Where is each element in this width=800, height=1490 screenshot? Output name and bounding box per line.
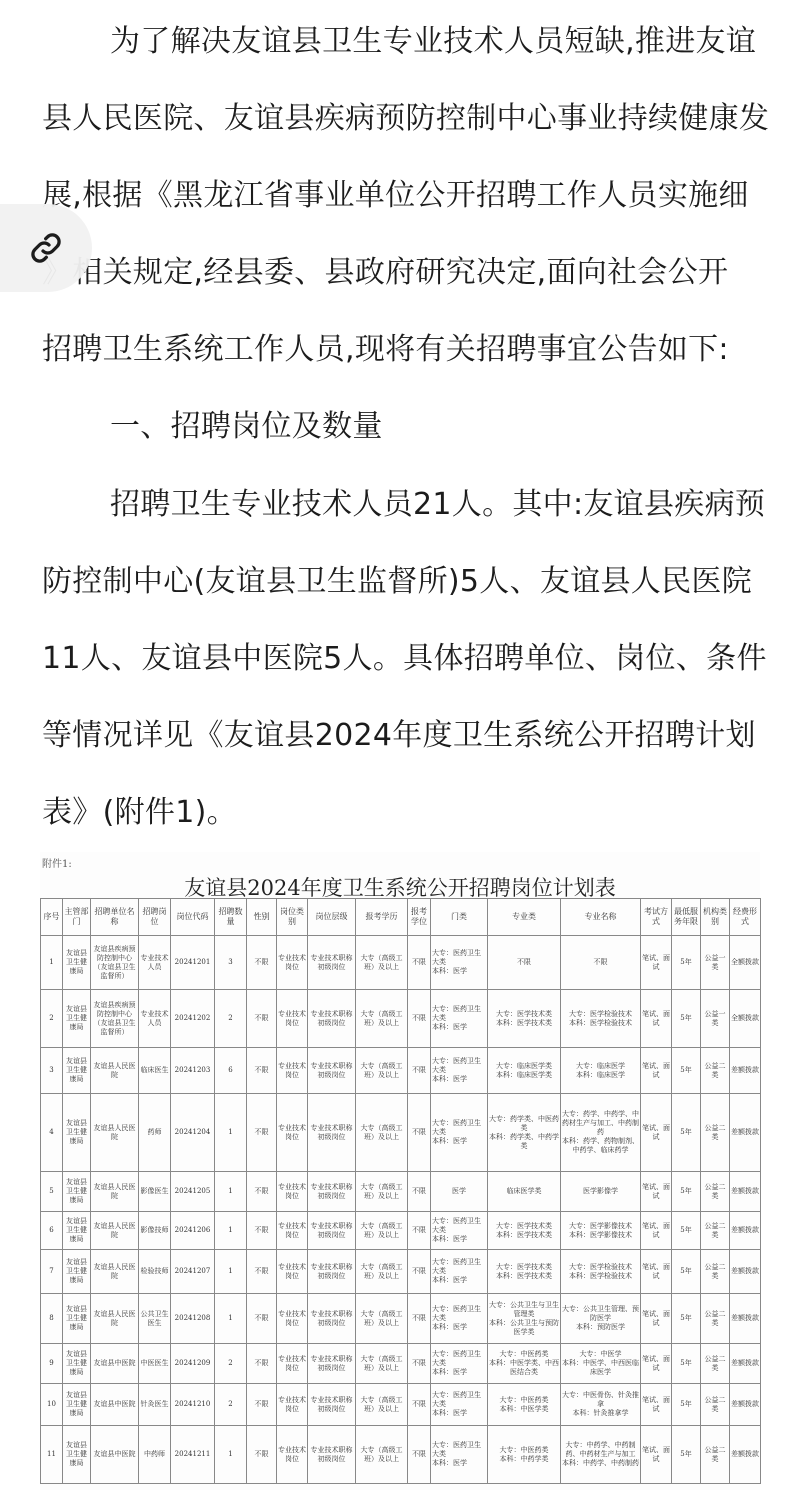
table-cell: 专业技术职称初级岗位	[308, 1384, 356, 1426]
table-cell: 2	[215, 990, 247, 1048]
table-cell: 大专：医药卫生大类 本科：医学	[431, 1250, 488, 1294]
table-cell: 大专：中医药类 本科：中医学类、中西医结合类	[488, 1344, 561, 1384]
column-header: 招聘岗位	[139, 899, 171, 936]
table-cell: 大专：药学类、中医药类 本科：药学类、中药学类	[488, 1094, 561, 1172]
table-cell: 5年	[672, 990, 701, 1048]
table-cell: 友谊县疾病预防控制中心（友谊县卫生监督所）	[91, 990, 139, 1048]
table-cell: 专业技术岗位	[277, 1344, 308, 1384]
table-cell: 差额拨款	[730, 1048, 761, 1094]
table-cell: 大专：中医药类 本科：中医学类	[488, 1384, 561, 1426]
column-header: 专业类	[488, 899, 561, 936]
table-cell: 大专：医学检验技术 本科：医学检验技术	[561, 990, 641, 1048]
column-header: 岗位类别	[277, 899, 308, 936]
table-cell: 不限	[408, 1344, 431, 1384]
table-row: 11友谊县卫生健康局友谊县中医院中药师202412111不限专业技术岗位专业技术…	[41, 1426, 761, 1484]
table-cell: 20241208	[171, 1294, 215, 1344]
table-cell: 大专：医药卫生大类 本科：医学	[431, 1212, 488, 1250]
table-cell: 友谊县卫生健康局	[63, 1048, 91, 1094]
table-cell: 专业技术职称初级岗位	[308, 1212, 356, 1250]
table-cell: 5年	[672, 1172, 701, 1212]
table-cell: 1	[215, 1426, 247, 1484]
table-cell: 3	[41, 1048, 63, 1094]
table-cell: 临床医学类	[488, 1172, 561, 1212]
table-cell: 专业技术人员	[139, 936, 171, 990]
column-header: 招聘数量	[215, 899, 247, 936]
table-cell: 公益二类	[701, 1048, 730, 1094]
table-cell: 大专：医学技术类 本科：医学技术类	[488, 990, 561, 1048]
table-cell: 大专：中药学、中药制药、中药材生产与加工 本科：中药学、中药制药	[561, 1426, 641, 1484]
table-cell: 不限	[247, 1172, 277, 1212]
table-cell: 专业技术岗位	[277, 1384, 308, 1426]
table-cell: 不限	[408, 1048, 431, 1094]
table-cell: 专业技术岗位	[277, 1426, 308, 1484]
table-cell: 5年	[672, 1048, 701, 1094]
table-cell: 1	[215, 1294, 247, 1344]
table-cell: 5	[41, 1172, 63, 1212]
table-cell: 不限	[408, 936, 431, 990]
table-header-row: 序号主管部门招聘单位名称招聘岗位岗位代码招聘数量性别岗位类别岗位层级报考学历报考…	[41, 899, 761, 936]
table-cell: 医学影像学	[561, 1172, 641, 1212]
table-cell: 不限	[247, 1426, 277, 1484]
table-cell: 笔试、面试	[641, 1172, 672, 1212]
recruitment-plan-table: 序号主管部门招聘单位名称招聘岗位岗位代码招聘数量性别岗位类别岗位层级报考学历报考…	[40, 898, 761, 1484]
table-cell: 10	[41, 1384, 63, 1426]
table-cell: 友谊县卫生健康局	[63, 1212, 91, 1250]
paragraph-line: 展,根据《黑龙江省事业单位公开招聘工作人员实施细	[42, 176, 749, 216]
table-cell: 公益二类	[701, 1094, 730, 1172]
table-cell: 2	[215, 1384, 247, 1426]
table-cell: 20241201	[171, 936, 215, 990]
table-cell: 1	[215, 1212, 247, 1250]
table-cell: 1	[215, 1172, 247, 1212]
table-cell: 公益一类	[701, 936, 730, 990]
table-cell: 不限	[488, 936, 561, 990]
table-cell: 8	[41, 1294, 63, 1344]
table-cell: 大专（高级工班）及以上	[356, 1384, 408, 1426]
table-cell: 友谊县人民医院	[91, 1250, 139, 1294]
column-header: 考试方式	[641, 899, 672, 936]
table-row: 7友谊县卫生健康局友谊县人民医院检验技师202412071不限专业技术岗位专业技…	[41, 1250, 761, 1294]
table-cell: 大专（高级工班）及以上	[356, 1212, 408, 1250]
table-cell: 大专：公共卫生与卫生管理类 本科：公共卫生与预防医学类	[488, 1294, 561, 1344]
table-cell: 不限	[408, 1212, 431, 1250]
table-cell: 专业技术人员	[139, 990, 171, 1048]
table-cell: 笔试、面试	[641, 1344, 672, 1384]
table-cell: 专业技术职称初级岗位	[308, 936, 356, 990]
table-cell: 大专：医学技术类 本科：医学技术类	[488, 1212, 561, 1250]
table-cell: 专业技术岗位	[277, 1250, 308, 1294]
column-header: 专业名称	[561, 899, 641, 936]
table-cell: 3	[215, 936, 247, 990]
table-cell: 专业技术职称初级岗位	[308, 990, 356, 1048]
table-cell: 大专：医药卫生大类 本科：医学	[431, 1384, 488, 1426]
table-cell: 差额拨款	[730, 1426, 761, 1484]
paragraph-line: 防控制中心(友谊县卫生监督所)5人、友谊县人民医院	[42, 562, 752, 602]
table-cell: 公益一类	[701, 990, 730, 1048]
table-cell: 专业技术职称初级岗位	[308, 1048, 356, 1094]
table-cell: 2	[215, 1344, 247, 1384]
table-cell: 大专：临床医学类 本科：临床医学类	[488, 1048, 561, 1094]
table-cell: 5年	[672, 1344, 701, 1384]
paragraph-line: 》相关规定,经县委、县政府研究决定,面向社会公开	[42, 253, 728, 293]
table-cell: 笔试、面试	[641, 1426, 672, 1484]
table-cell: 友谊县卫生健康局	[63, 1172, 91, 1212]
table-cell: 公益二类	[701, 1426, 730, 1484]
table-cell: 1	[215, 1250, 247, 1294]
table-cell: 不限	[408, 1094, 431, 1172]
table-cell: 笔试、面试	[641, 1384, 672, 1426]
table-cell: 专业技术岗位	[277, 936, 308, 990]
paragraph-line: 为了解决友谊县卫生专业技术人员短缺,推进友谊	[110, 22, 756, 62]
table-cell: 大专：医药卫生大类 本科：医学	[431, 1344, 488, 1384]
table-cell: 影像技师	[139, 1212, 171, 1250]
table-cell: 医学	[431, 1172, 488, 1212]
table-cell: 5年	[672, 936, 701, 990]
table-cell: 友谊县卫生健康局	[63, 990, 91, 1048]
table-cell: 大专（高级工班）及以上	[356, 990, 408, 1048]
table-row: 9友谊县卫生健康局友谊县中医院中医医生202412092不限专业技术岗位专业技术…	[41, 1344, 761, 1384]
table-cell: 5年	[672, 1384, 701, 1426]
table-cell: 专业技术岗位	[277, 1048, 308, 1094]
table-cell: 大专：中医学 本科：中医学、中西医临床医学	[561, 1344, 641, 1384]
table-cell: 友谊县卫生健康局	[63, 1344, 91, 1384]
table-cell: 大专：公共卫生管理、预防医学 本科：预防医学	[561, 1294, 641, 1344]
table-cell: 笔试、面试	[641, 1094, 672, 1172]
table-cell: 友谊县卫生健康局	[63, 1250, 91, 1294]
table-cell: 药师	[139, 1094, 171, 1172]
table-cell: 专业技术职称初级岗位	[308, 1250, 356, 1294]
table-cell: 5年	[672, 1094, 701, 1172]
table-cell: 大专：医学检验技术 本科：医学检验技术	[561, 1250, 641, 1294]
table-cell: 不限	[408, 1172, 431, 1212]
table-cell: 大专：医学影像技术 本科：医学影像技术	[561, 1212, 641, 1250]
paragraph-line: 等情况详见《友谊县2024年度卫生系统公开招聘计划	[42, 716, 756, 756]
table-cell: 友谊县中医院	[91, 1384, 139, 1426]
table-cell: 友谊县人民医院	[91, 1212, 139, 1250]
table-cell: 大专：医学技术类 本科：医学技术类	[488, 1250, 561, 1294]
table-cell: 友谊县卫生健康局	[63, 1384, 91, 1426]
table-cell: 公益二类	[701, 1294, 730, 1344]
column-header: 岗位层级	[308, 899, 356, 936]
table-cell: 不限	[408, 1426, 431, 1484]
table-cell: 1	[41, 936, 63, 990]
table-cell: 不限	[247, 1344, 277, 1384]
table-row: 1友谊县卫生健康局友谊县疾病预防控制中心（友谊县卫生监督所）专业技术人员2024…	[41, 936, 761, 990]
column-header: 性别	[247, 899, 277, 936]
table-cell: 大专：药学、中药学、中药材生产与加工、中药制药 本科：药学、药物制剂、中药学、临…	[561, 1094, 641, 1172]
table-cell: 差额拨款	[730, 1212, 761, 1250]
column-header: 门类	[431, 899, 488, 936]
table-cell: 专业技术职称初级岗位	[308, 1426, 356, 1484]
table-cell: 专业技术岗位	[277, 1094, 308, 1172]
table-cell: 大专：医药卫生大类 本科：医学	[431, 936, 488, 990]
table-cell: 11	[41, 1426, 63, 1484]
table-cell: 5年	[672, 1250, 701, 1294]
table-cell: 大专（高级工班）及以上	[356, 1094, 408, 1172]
table-cell: 专业技术职称初级岗位	[308, 1094, 356, 1172]
table-cell: 大专（高级工班）及以上	[356, 1426, 408, 1484]
table-cell: 大专：中医药类 本科：中药学类	[488, 1426, 561, 1484]
table-cell: 大专（高级工班）及以上	[356, 1294, 408, 1344]
table-cell: 友谊县卫生健康局	[63, 1426, 91, 1484]
table-cell: 大专（高级工班）及以上	[356, 936, 408, 990]
table-row: 3友谊县卫生健康局友谊县人民医院临床医生202412036不限专业技术岗位专业技…	[41, 1048, 761, 1094]
table-cell: 检验技师	[139, 1250, 171, 1294]
link-icon	[28, 230, 64, 266]
table-cell: 20241207	[171, 1250, 215, 1294]
table-cell: 大专（高级工班）及以上	[356, 1048, 408, 1094]
table-cell: 大专：医药卫生大类 本科：医学	[431, 990, 488, 1048]
table-cell: 公共卫生医生	[139, 1294, 171, 1344]
table-row: 2友谊县卫生健康局友谊县疾病预防控制中心（友谊县卫生监督所）专业技术人员2024…	[41, 990, 761, 1048]
table-cell: 友谊县人民医院	[91, 1172, 139, 1212]
table-cell: 2	[41, 990, 63, 1048]
table-cell: 友谊县人民医院	[91, 1294, 139, 1344]
table-cell: 20241205	[171, 1172, 215, 1212]
table-cell: 不限	[247, 990, 277, 1048]
table-cell: 6	[41, 1212, 63, 1250]
column-header: 报考学位	[408, 899, 431, 936]
table-cell: 大专：临床医学 本科：临床医学	[561, 1048, 641, 1094]
table-cell: 20241211	[171, 1426, 215, 1484]
column-header: 序号	[41, 899, 63, 936]
attachment-label: 附件1:	[42, 855, 72, 870]
table-row: 5友谊县卫生健康局友谊县人民医院影像医生202412051不限专业技术岗位专业技…	[41, 1172, 761, 1212]
table-cell: 大专（高级工班）及以上	[356, 1344, 408, 1384]
table-cell: 大专（高级工班）及以上	[356, 1172, 408, 1212]
table-cell: 7	[41, 1250, 63, 1294]
table-cell: 友谊县人民医院	[91, 1094, 139, 1172]
paragraph-line: 招聘卫生专业技术人员21人。其中:友谊县疾病预	[110, 485, 765, 525]
table-cell: 笔试、面试	[641, 1250, 672, 1294]
column-header: 最低服务年限	[672, 899, 701, 936]
paragraph-line: 一、招聘岗位及数量	[110, 407, 383, 447]
table-cell: 专业技术岗位	[277, 990, 308, 1048]
table-cell: 不限	[247, 1212, 277, 1250]
column-header: 报考学历	[356, 899, 408, 936]
table-cell: 20241203	[171, 1048, 215, 1094]
table-cell: 笔试、面试	[641, 936, 672, 990]
column-header: 岗位代码	[171, 899, 215, 936]
table-cell: 笔试、面试	[641, 990, 672, 1048]
table-cell: 不限	[408, 1384, 431, 1426]
table-cell: 专业技术职称初级岗位	[308, 1344, 356, 1384]
table-cell: 6	[215, 1048, 247, 1094]
table-row: 6友谊县卫生健康局友谊县人民医院影像技师202412061不限专业技术岗位专业技…	[41, 1212, 761, 1250]
table-cell: 差额拨款	[730, 1294, 761, 1344]
table-cell: 专业技术职称初级岗位	[308, 1294, 356, 1344]
table-cell: 公益二类	[701, 1172, 730, 1212]
table-cell: 不限	[408, 1250, 431, 1294]
table-row: 10友谊县卫生健康局友谊县中医院针灸医生202412102不限专业技术岗位专业技…	[41, 1384, 761, 1426]
table-cell: 中药师	[139, 1426, 171, 1484]
table-cell: 20241210	[171, 1384, 215, 1426]
table-cell: 差额拨款	[730, 1094, 761, 1172]
table-cell: 针灸医生	[139, 1384, 171, 1426]
table-cell: 5年	[672, 1294, 701, 1344]
table-cell: 公益二类	[701, 1344, 730, 1384]
table-cell: 不限	[247, 1250, 277, 1294]
table-cell: 不限	[247, 936, 277, 990]
table-cell: 中医医生	[139, 1344, 171, 1384]
table-cell: 友谊县人民医院	[91, 1048, 139, 1094]
paragraph-line: 11人、友谊县中医院5人。具体招聘单位、岗位、条件	[42, 639, 767, 679]
table-cell: 不限	[247, 1094, 277, 1172]
column-header: 主管部门	[63, 899, 91, 936]
table-cell: 公益二类	[701, 1250, 730, 1294]
table-cell: 大专：医药卫生大类 本科：医学	[431, 1094, 488, 1172]
table-cell: 临床医生	[139, 1048, 171, 1094]
table-cell: 友谊县卫生健康局	[63, 1294, 91, 1344]
table-cell: 公益二类	[701, 1212, 730, 1250]
table-cell: 友谊县疾病预防控制中心（友谊县卫生监督所）	[91, 936, 139, 990]
table-cell: 笔试、面试	[641, 1212, 672, 1250]
table-cell: 专业技术职称初级岗位	[308, 1172, 356, 1212]
table-cell: 笔试、面试	[641, 1294, 672, 1344]
table-cell: 专业技术岗位	[277, 1212, 308, 1250]
table-row: 8友谊县卫生健康局友谊县人民医院公共卫生医生202412081不限专业技术岗位专…	[41, 1294, 761, 1344]
table-cell: 20241204	[171, 1094, 215, 1172]
table-row: 4友谊县卫生健康局友谊县人民医院药师202412041不限专业技术岗位专业技术职…	[41, 1094, 761, 1172]
paragraph-line: 县人民医院、友谊县疾病预防控制中心事业持续健康发	[42, 99, 769, 139]
table-cell: 大专：医药卫生大类 本科：医学	[431, 1048, 488, 1094]
table-cell: 大专：医药卫生大类 本科：医学	[431, 1294, 488, 1344]
table-cell: 友谊县卫生健康局	[63, 936, 91, 990]
table-cell: 全额拨款	[730, 936, 761, 990]
table-cell: 9	[41, 1344, 63, 1384]
attachment-image: 附件1: 友谊县2024年度卫生系统公开招聘岗位计划表 序号主管部门招聘单位名称…	[40, 852, 760, 1490]
table-cell: 5年	[672, 1426, 701, 1484]
table-cell: 不限	[561, 936, 641, 990]
column-header: 招聘单位名称	[91, 899, 139, 936]
table-cell: 影像医生	[139, 1172, 171, 1212]
table-cell: 大专（高级工班）及以上	[356, 1250, 408, 1294]
table-cell: 友谊县中医院	[91, 1426, 139, 1484]
table-cell: 笔试、面试	[641, 1048, 672, 1094]
table-cell: 不限	[247, 1048, 277, 1094]
table-cell: 全额拨款	[730, 990, 761, 1048]
table-cell: 20241206	[171, 1212, 215, 1250]
table-cell: 不限	[247, 1294, 277, 1344]
table-cell: 友谊县卫生健康局	[63, 1094, 91, 1172]
table-cell: 大专：中医骨伤、针灸推拿 本科：针灸推拿学	[561, 1384, 641, 1426]
table-cell: 大专：医药卫生大类 本科：医学	[431, 1426, 488, 1484]
table-cell: 不限	[247, 1384, 277, 1426]
table-cell: 友谊县中医院	[91, 1344, 139, 1384]
paragraph-line: 表》(附件1)。	[42, 793, 237, 833]
table-cell: 专业技术岗位	[277, 1172, 308, 1212]
table-cell: 不限	[408, 990, 431, 1048]
table-cell: 公益二类	[701, 1384, 730, 1426]
table-cell: 差额拨款	[730, 1344, 761, 1384]
table-cell: 20241202	[171, 990, 215, 1048]
table-cell: 5年	[672, 1212, 701, 1250]
table-cell: 差额拨款	[730, 1384, 761, 1426]
table-cell: 差额拨款	[730, 1172, 761, 1212]
table-cell: 4	[41, 1094, 63, 1172]
table-cell: 差额拨款	[730, 1250, 761, 1294]
paragraph-line: 招聘卫生系统工作人员,现将有关招聘事宜公告如下:	[42, 330, 729, 370]
table-cell: 不限	[408, 1294, 431, 1344]
column-header: 经费形式	[730, 899, 761, 936]
table-cell: 专业技术岗位	[277, 1294, 308, 1344]
table-cell: 1	[215, 1094, 247, 1172]
column-header: 机构类别	[701, 899, 730, 936]
copy-link-button[interactable]	[0, 204, 92, 292]
table-cell: 20241209	[171, 1344, 215, 1384]
